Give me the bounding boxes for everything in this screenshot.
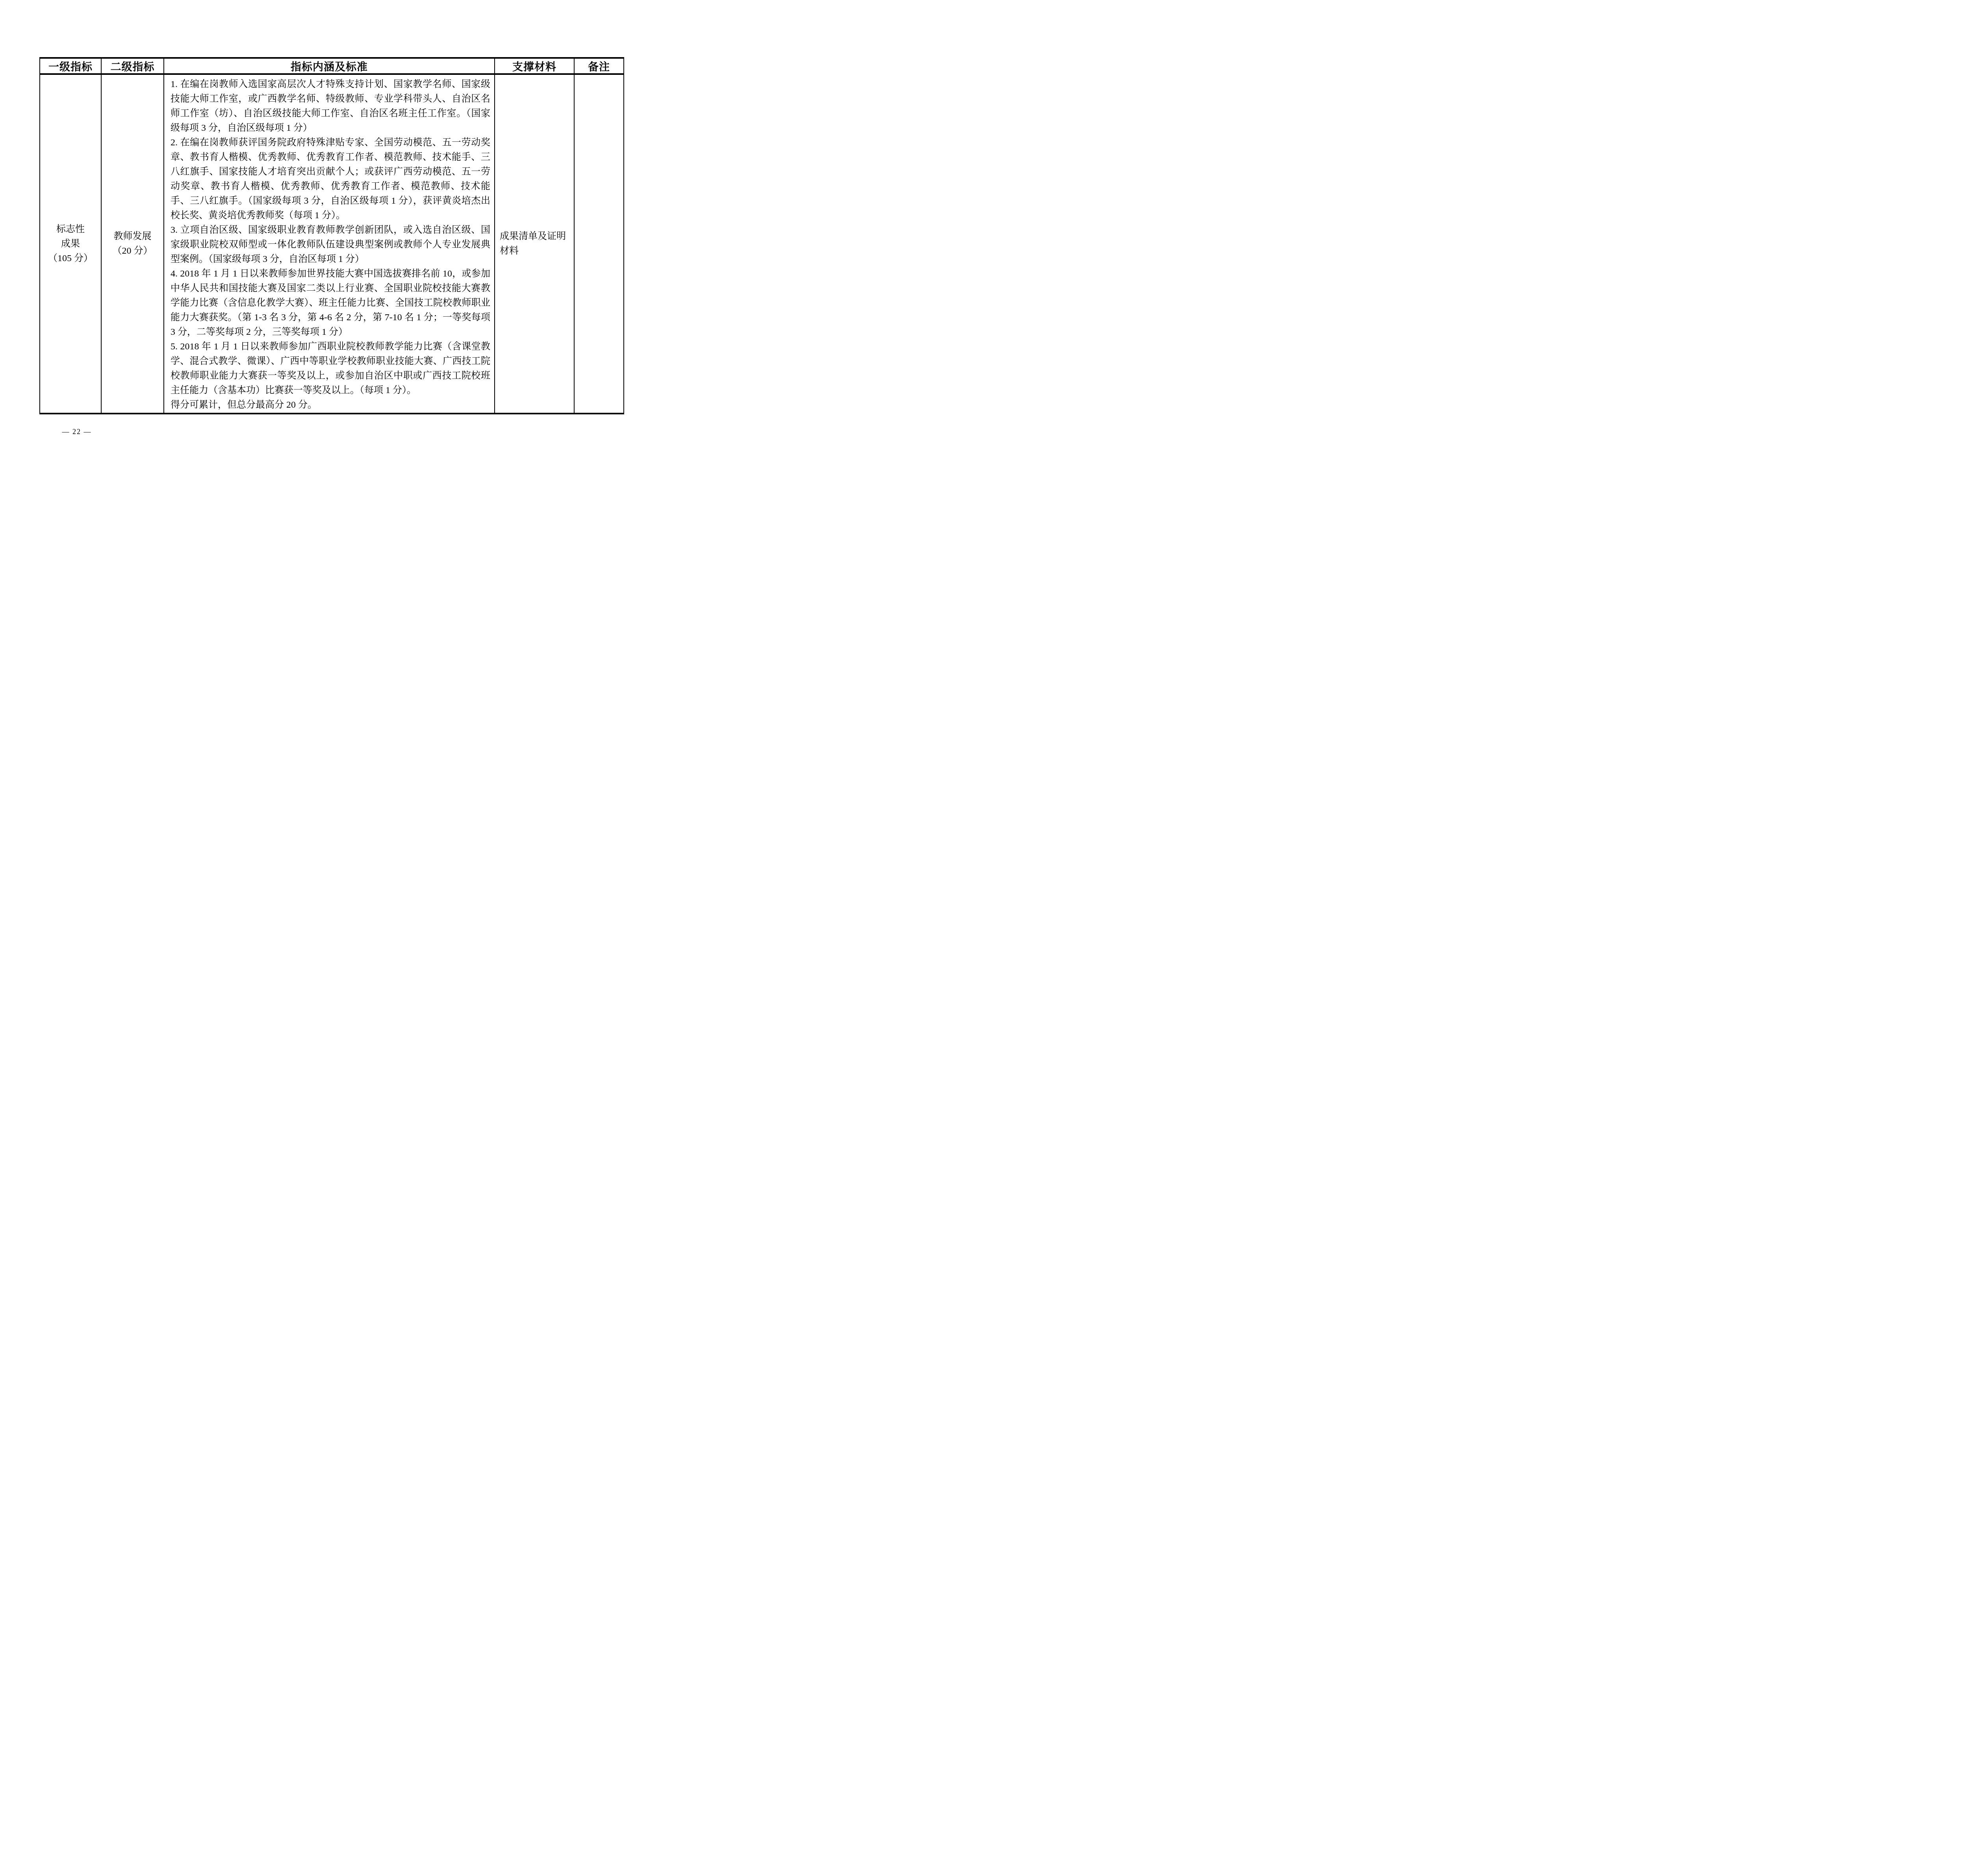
level1-line-3: （105 分）	[48, 251, 93, 266]
column-header-level2-label: 二级指标	[111, 59, 155, 74]
column-header-materials-label: 支撑材料	[512, 59, 556, 74]
page-number: — 22 —	[47, 428, 106, 436]
column-header-materials: 支撑材料	[494, 59, 574, 75]
level2-line-1: 教师发展	[114, 229, 152, 244]
criteria-item-2: 2. 在编在岗教师获评国务院政府特殊津贴专家、全国劳动模范、五一劳动奖章、教书育…	[171, 135, 490, 223]
criteria-item-4: 4. 2018 年 1 月 1 日以来教师参加世界技能大赛中国选拔赛排名前 10…	[171, 267, 490, 340]
criteria-note: 得分可累计，但总分最高分 20 分。	[171, 398, 490, 412]
criteria-item-3: 3. 立项自治区级、国家级职业教育教师教学创新团队，或入选自治区级、国家级职业院…	[171, 223, 490, 267]
cell-remarks	[574, 75, 624, 413]
criteria-item-5: 5. 2018 年 1 月 1 日以来教师参加广西职业院校教师教学能力比赛（含课…	[171, 340, 490, 398]
cell-level2-indicator: 教师发展 （20 分）	[101, 75, 163, 413]
column-header-criteria-label: 指标内涵及标准	[291, 59, 368, 74]
cell-criteria: 1. 在编在岗教师入选国家高层次人才特殊支持计划、国家教学名师、国家级技能大师工…	[163, 75, 494, 413]
level1-line-2: 成果	[61, 237, 80, 251]
materials-text: 成果清单及证明材料	[500, 229, 568, 258]
column-header-level1-label: 一级指标	[48, 59, 93, 74]
cell-level1-indicator: 标志性 成果 （105 分）	[39, 75, 101, 413]
column-header-remarks: 备注	[574, 59, 624, 75]
column-header-level1-indicator: 一级指标	[39, 59, 101, 75]
evaluation-table: 一级指标 二级指标 指标内涵及标准 支撑材料 备注 标志性 成果 （105 分）…	[39, 57, 624, 414]
level1-line-1: 标志性	[56, 222, 85, 237]
document-page: 一级指标 二级指标 指标内涵及标准 支撑材料 备注 标志性 成果 （105 分）…	[0, 0, 663, 469]
criteria-item-1: 1. 在编在岗教师入选国家高层次人才特殊支持计划、国家教学名师、国家级技能大师工…	[171, 77, 490, 135]
level2-line-2: （20 分）	[113, 244, 153, 258]
column-header-criteria: 指标内涵及标准	[163, 59, 494, 75]
column-header-level2-indicator: 二级指标	[101, 59, 163, 75]
column-header-remarks-label: 备注	[588, 59, 610, 74]
cell-materials: 成果清单及证明材料	[494, 75, 574, 413]
